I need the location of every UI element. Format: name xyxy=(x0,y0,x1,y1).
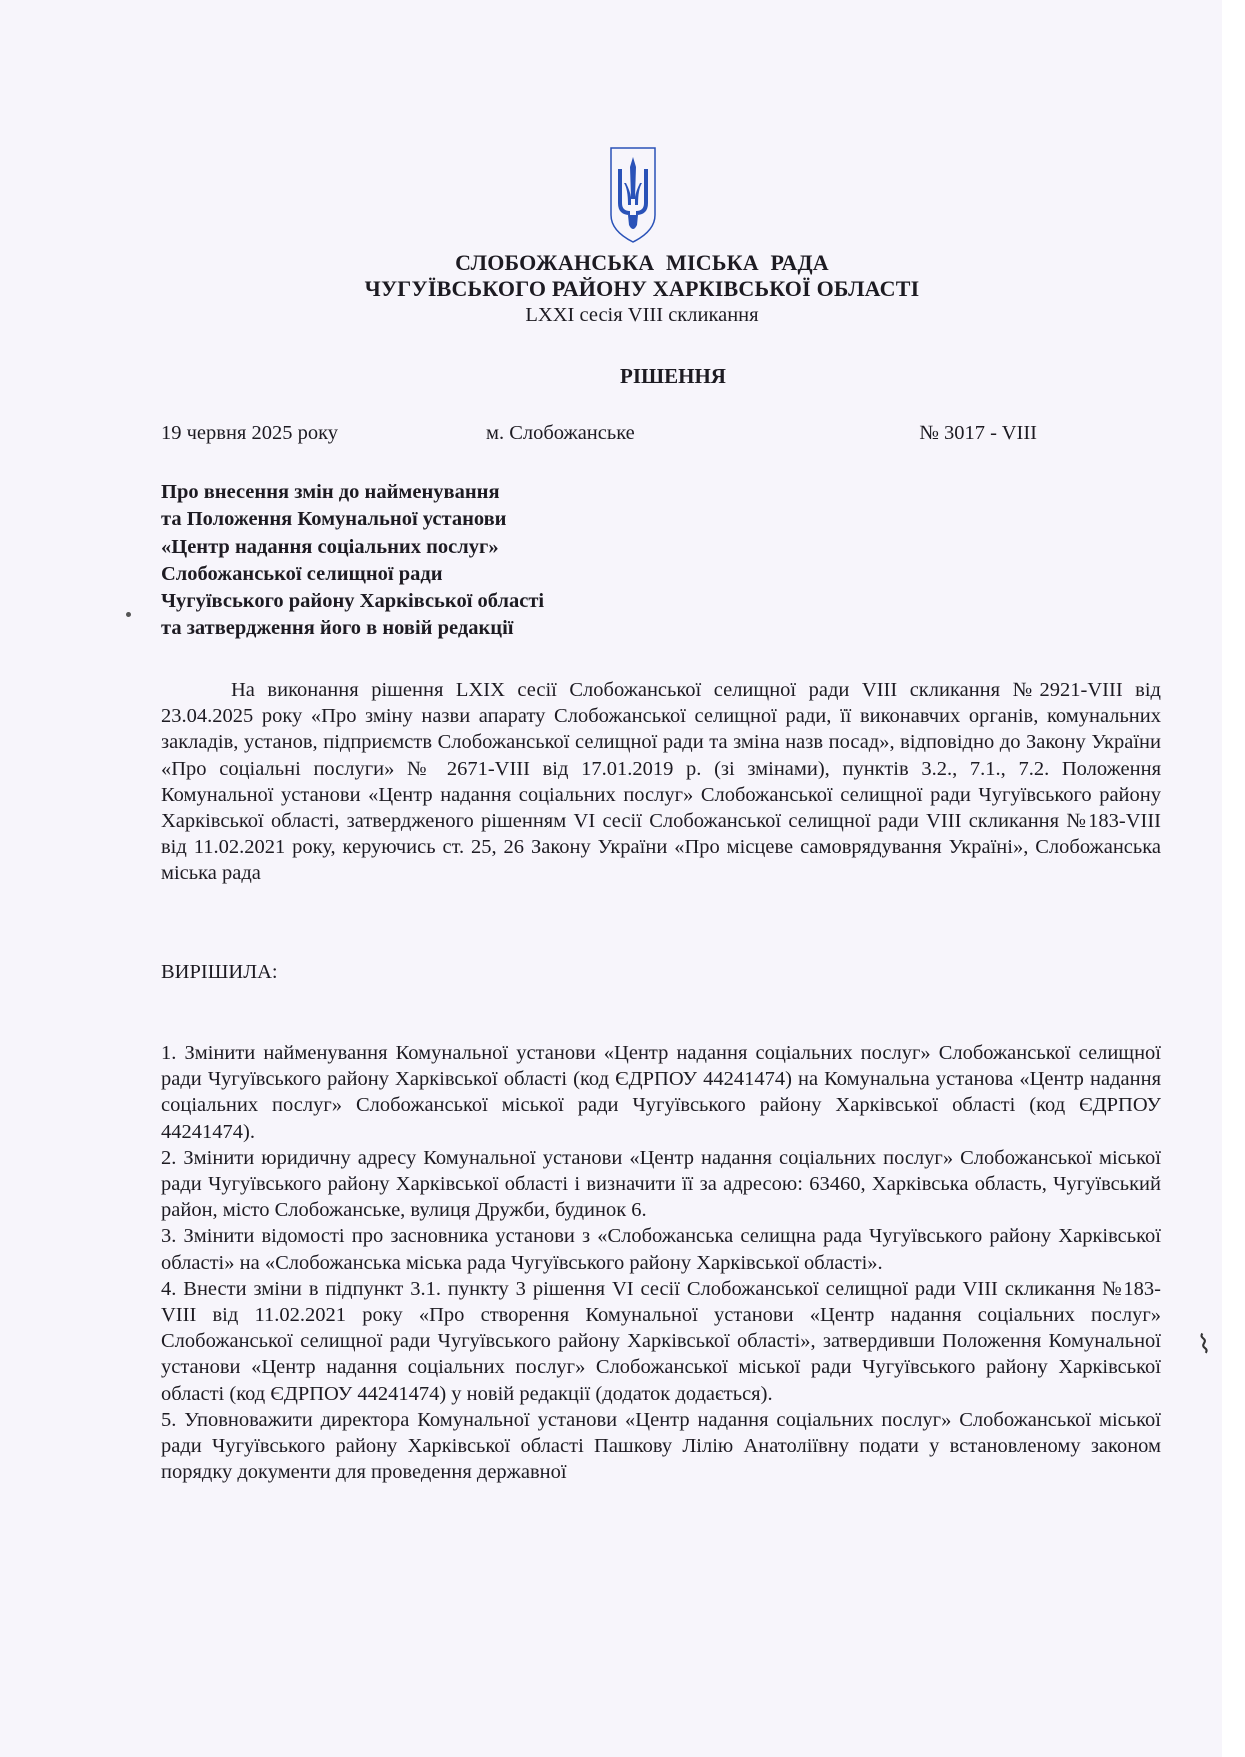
resolution-item-4: 4. Внести зміни в підпункт 3.1. пункту 3… xyxy=(161,1276,1161,1407)
council-name: СЛОБОЖАНСЬКА МІСЬКА РАДА xyxy=(62,250,1222,276)
subject-line: Про внесення змін до найменування xyxy=(161,479,544,506)
resolution-item-3: 3. Змінити відомості про засновника уста… xyxy=(161,1223,1161,1275)
document-place: м. Слобожанське xyxy=(486,422,635,445)
trident-emblem-icon xyxy=(608,145,658,245)
subject-line: та затвердження його в новій редакції xyxy=(161,615,544,642)
document-header: СЛОБОЖАНСЬКА МІСЬКА РАДА ЧУГУЇВСЬКОГО РА… xyxy=(0,250,1222,328)
resolved-label: ВИРІШИЛА: xyxy=(161,961,278,984)
session-info: LXXI сесія VIII скликання xyxy=(62,302,1222,328)
subject-line: Слобожанської селищної ради xyxy=(161,561,544,588)
subject-line: Чугуївського району Харківської області xyxy=(161,588,544,615)
document-page: СЛОБОЖАНСЬКА МІСЬКА РАДА ЧУГУЇВСЬКОГО РА… xyxy=(0,0,1222,1757)
margin-pen-mark: ⌇ xyxy=(1195,1329,1213,1361)
district-name: ЧУГУЇВСЬКОГО РАЙОНУ ХАРКІВСЬКОЇ ОБЛАСТІ xyxy=(62,276,1222,302)
document-number: № 3017 - VIII xyxy=(919,422,1037,445)
document-date: 19 червня 2025 року xyxy=(161,422,338,445)
resolution-items: 1. Змінити найменування Комунальної уста… xyxy=(161,1040,1161,1485)
resolution-item-2: 2. Змінити юридичну адресу Комунальної у… xyxy=(161,1145,1161,1224)
document-meta: 19 червня 2025 року м. Слобожанське № 30… xyxy=(161,422,1037,448)
document-type-title: РІШЕННЯ xyxy=(62,364,1245,389)
resolution-item-5: 5. Уповноважити директора Комунальної ус… xyxy=(161,1407,1161,1486)
document-subject: Про внесення змін до найменування та Пол… xyxy=(161,479,544,643)
subject-line: та Положення Комунальної установи xyxy=(161,506,544,533)
preamble-paragraph: На виконання рішення LXIX сесії Слобожан… xyxy=(161,677,1161,887)
subject-line: «Центр надання соціальних послуг» xyxy=(161,534,544,561)
resolution-item-1: 1. Змінити найменування Комунальної уста… xyxy=(161,1040,1161,1145)
scan-speck xyxy=(126,612,131,617)
